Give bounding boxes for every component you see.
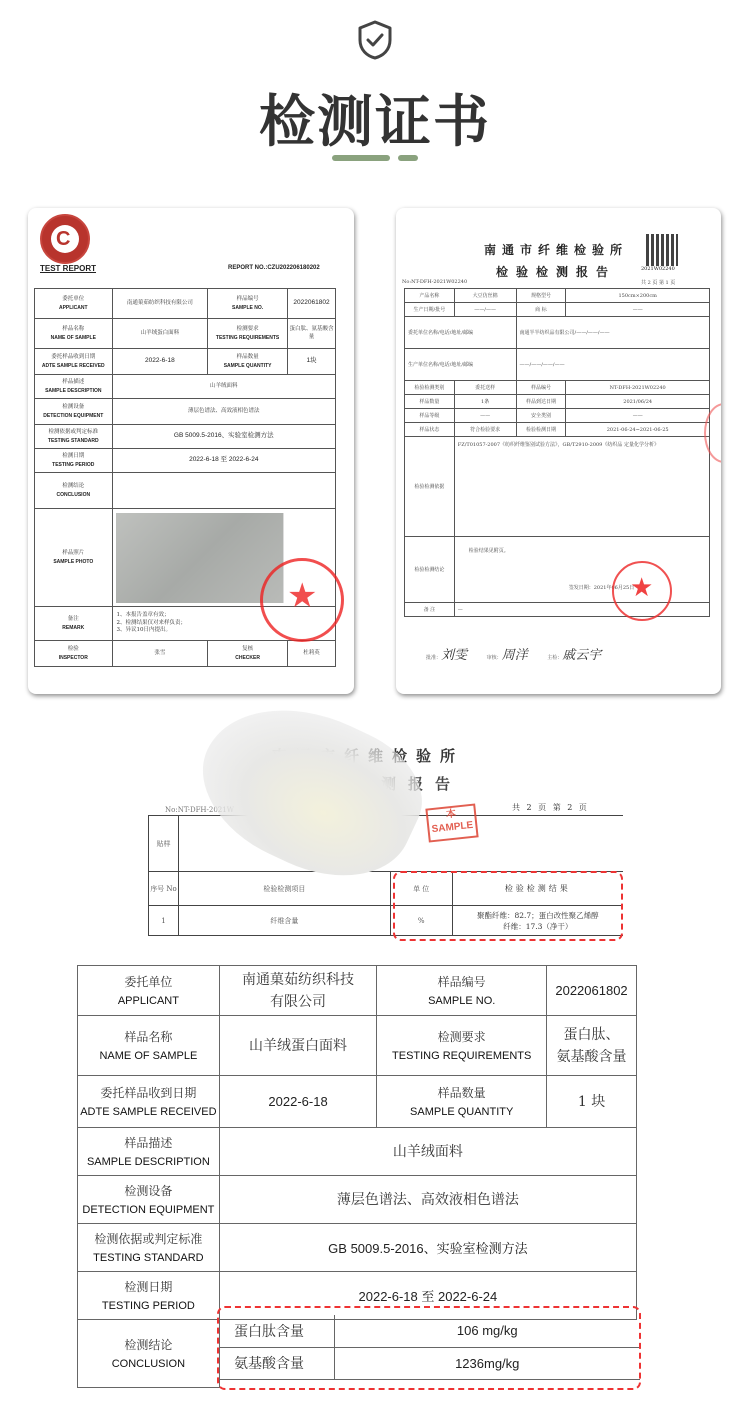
institute-title: 南通市纤维检验所 (461, 241, 651, 258)
label-quantity: 样品数量SAMPLE QUANTITY (377, 1076, 547, 1128)
label-conclusion: 检测结论CONCLUSION (78, 1320, 220, 1388)
label-received: 委托样品收到日期ADTE SAMPLE RECEIVED (78, 1076, 220, 1128)
page-indicator: 共 2 页 第 2 页 (512, 802, 589, 813)
qr-code-icon (646, 234, 678, 266)
shield-check-icon (357, 20, 393, 60)
label-equipment: 检测设备DETECTION EQUIPMENT (78, 1176, 220, 1224)
official-red-stamp: ★ (612, 561, 672, 621)
report-number: REPORT NO.:CZU202206180202 (228, 265, 320, 271)
label-sample-name: 样品名称NAME OF SAMPLE (78, 1016, 220, 1076)
conclusion-highlight-box (217, 1306, 641, 1390)
result-highlight-box (393, 871, 623, 941)
label-standard: 检测依据或判定标准TESTING STANDARD (78, 1224, 220, 1272)
title-underline-long (332, 155, 390, 161)
title-underline-short (398, 155, 418, 161)
official-red-stamp: ★ (260, 558, 344, 642)
sample-stamp: 本SAMPLE (425, 803, 478, 842)
test-report-card-czu[interactable]: C TEST REPORT REPORT NO.:CZU202206180202… (28, 208, 354, 694)
signature-row: 批准：刘雯 审核：周洋 主检：戚云宇 (426, 644, 716, 663)
page-title: 检测证书 (0, 78, 750, 158)
report-title: 检验检测报告 (461, 263, 651, 280)
label-applicant: 委托单位APPLICANT (78, 966, 220, 1016)
label-description: 样品描述SAMPLE DESCRIPTION (78, 1128, 220, 1176)
report-table: 产品名称大豆仿丝棉规格型号150cm×200cm 生产日期/批号——/——商 标… (404, 288, 710, 617)
report-number: No:NT-DFH-2021W02240 (402, 279, 467, 285)
sample-photo (116, 513, 284, 603)
label-period: 检测日期TESTING PERIOD (78, 1272, 220, 1320)
label-requirements: 检测要求TESTING REQUIREMENTS (377, 1016, 547, 1076)
test-report-card-nantong[interactable]: 南通市纤维检验所 检验检测报告 2021W02240 No:NT-DFH-202… (396, 208, 721, 694)
report-title: TEST REPORT (40, 264, 96, 273)
page-indicator: 共 2 页 第 1 页 (641, 279, 675, 286)
label-sample-no: 样品编号SAMPLE NO. (377, 966, 547, 1016)
university-logo-icon: C (40, 214, 90, 264)
